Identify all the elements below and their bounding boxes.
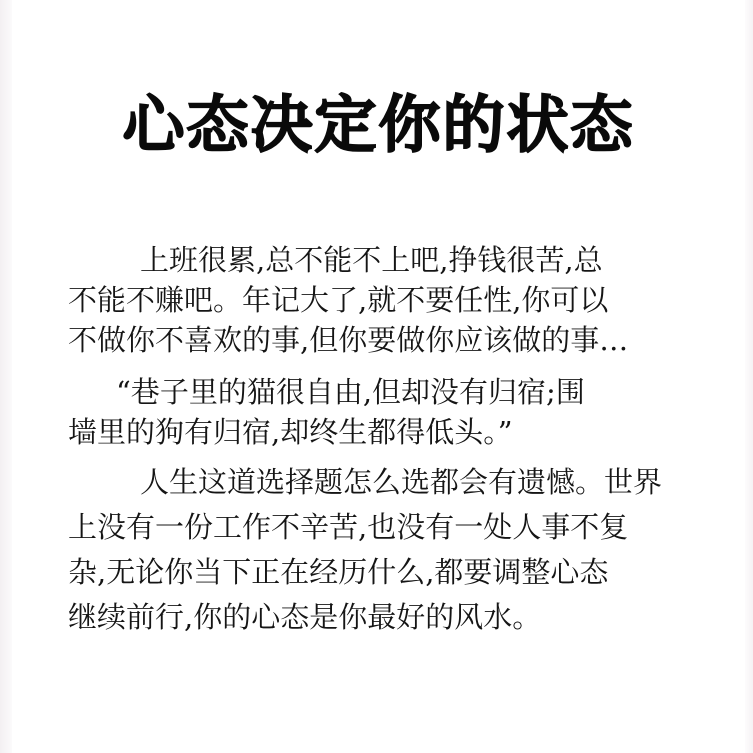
left-edge-shadow (0, 0, 12, 753)
right-edge-shadow (745, 0, 753, 753)
paragraph-2-quote: “巷子里的猫很自由,但却没有归宿;围 墙里的狗有归宿,却终生都得低头。” (68, 372, 708, 452)
paragraph-line: 上班很累,总不能不上吧,挣钱很苦,总 (68, 240, 708, 280)
paragraph-line: 不能不赚吧。年记大了,就不要任性,你可以 (68, 280, 708, 320)
paragraph-line: 墙里的狗有归宿,却终生都得低头。” (68, 412, 708, 452)
paragraph-line: 继续前行,你的心态是你最好的风水。 (68, 597, 708, 637)
paragraph-line: 人生这道选择题怎么选都会有遗憾。世界 (68, 462, 708, 502)
paragraph-line: 杂,无论你当下正在经历什么,都要调整心态 (68, 552, 708, 592)
paragraph-line: 上没有一份工作不辛苦,也没有一处人事不复 (68, 507, 708, 547)
paragraph-3: 人生这道选择题怎么选都会有遗憾。世界 上没有一份工作不辛苦,也没有一处人事不复 … (68, 462, 708, 637)
page-title: 心态决定你的状态 (12, 86, 745, 164)
paragraph-line: 不做你不喜欢的事,但你要做你应该做的事… (68, 320, 708, 360)
document-page: 心态决定你的状态 上班很累,总不能不上吧,挣钱很苦,总 不能不赚吧。年记大了,就… (12, 0, 745, 753)
body-text: 上班很累,总不能不上吧,挣钱很苦,总 不能不赚吧。年记大了,就不要任性,你可以 … (68, 240, 708, 637)
paragraph-1: 上班很累,总不能不上吧,挣钱很苦,总 不能不赚吧。年记大了,就不要任性,你可以 … (68, 240, 708, 360)
paragraph-line: “巷子里的猫很自由,但却没有归宿;围 (68, 372, 708, 412)
